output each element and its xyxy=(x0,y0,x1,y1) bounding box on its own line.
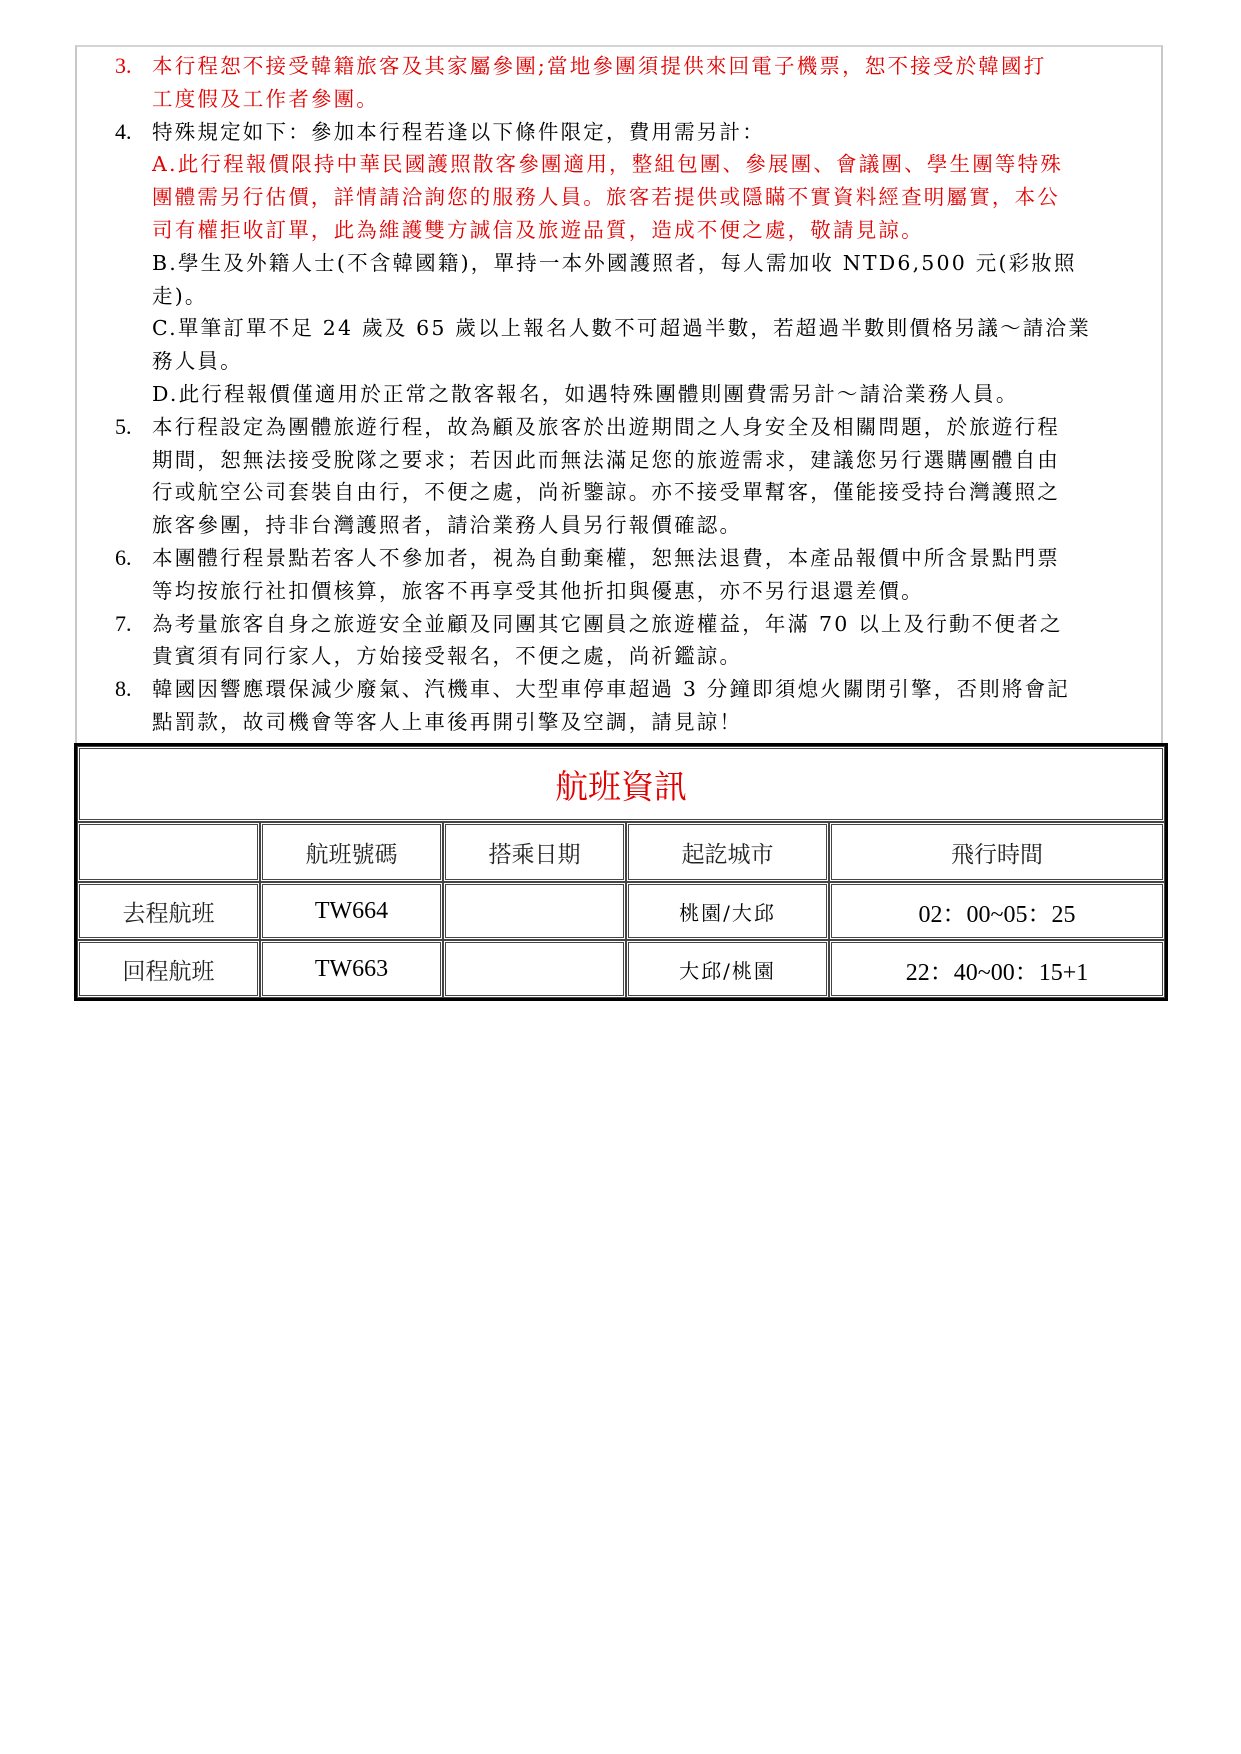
note-number: 6. xyxy=(115,542,132,575)
note-line: 本團體行程景點若客人不參加者，視為自動棄權，恕無法退費，本產品報價中所含景點門票 xyxy=(152,542,1155,575)
row-label: 回程航班 xyxy=(77,940,260,998)
flight-route: 桃園/大邱 xyxy=(626,882,829,940)
note-8: 8. 韓國因響應環保減少廢氣、汽機車、大型車停車超過 3 分鐘即須熄火關閉引擎，… xyxy=(115,673,1155,739)
note-line: 本行程恕不接受韓籍旅客及其家屬參團;當地參團須提供來回電子機票，恕不接受於韓國打 xyxy=(152,50,1155,83)
header-blank xyxy=(77,822,260,882)
table-row: 回程航班 TW663 大邱/桃園 22：40~00：15+1 xyxy=(77,940,1165,998)
note-line: A.此行程報價限持中華民國護照散客參團適用，整組包團、參展團、會議團、學生團等特… xyxy=(152,148,1155,181)
note-line: 司有權拒收訂單，此為維護雙方誠信及旅遊品質，造成不便之處，敬請見諒。 xyxy=(152,214,1155,247)
note-line: D.此行程報價僅適用於正常之散客報名，如遇特殊團體則團費需另計～請洽業務人員。 xyxy=(152,378,1155,411)
note-5: 5. 本行程設定為團體旅遊行程，故為顧及旅客於出遊期間之人身安全及相關問題，於旅… xyxy=(115,411,1155,542)
note-4-item-b: B.學生及外籍人士(不含韓國籍)，單持一本外國護照者，每人需加收 NTD6,50… xyxy=(152,247,1155,313)
note-line: B.學生及外籍人士(不含韓國籍)，單持一本外國護照者，每人需加收 NTD6,50… xyxy=(152,247,1155,280)
note-7: 7. 為考量旅客自身之旅遊安全並顧及同團其它團員之旅遊權益，年滿 70 以上及行… xyxy=(115,608,1155,674)
note-number: 7. xyxy=(115,608,132,641)
header-flight-time: 飛行時間 xyxy=(829,822,1165,882)
header-date: 搭乘日期 xyxy=(443,822,626,882)
flight-date xyxy=(443,882,626,940)
note-intro: 特殊規定如下：參加本行程若逢以下條件限定，費用需另計： xyxy=(152,116,1155,149)
note-4: 4. 特殊規定如下：參加本行程若逢以下條件限定，費用需另計： A.此行程報價限持… xyxy=(115,116,1155,411)
flight-time: 22：40~00：15+1 xyxy=(829,940,1165,998)
note-line: 本行程設定為團體旅遊行程，故為顧及旅客於出遊期間之人身安全及相關問題，於旅遊行程 xyxy=(152,411,1155,444)
note-3: 3. 本行程恕不接受韓籍旅客及其家屬參團;當地參團須提供來回電子機票，恕不接受於… xyxy=(115,50,1155,116)
flight-info-table: 航班資訊 航班號碼 搭乘日期 起訖城市 飛行時間 去程航班 TW664 桃園/大… xyxy=(74,743,1168,1001)
note-line: 走)。 xyxy=(152,280,1155,313)
note-number: 8. xyxy=(115,673,132,706)
note-line: C.單筆訂單不足 24 歲及 65 歲以上報名人數不可超過半數，若超過半數則價格… xyxy=(152,312,1155,345)
travel-notes-box: 3. 本行程恕不接受韓籍旅客及其家屬參團;當地參團須提供來回電子機票，恕不接受於… xyxy=(75,45,1163,743)
note-4-item-d: D.此行程報價僅適用於正常之散客報名，如遇特殊團體則團費需另計～請洽業務人員。 xyxy=(152,378,1155,411)
note-line: 期間，恕無法接受脫隊之要求；若因此而無法滿足您的旅遊需求，建議您另行選購團體自由 xyxy=(152,444,1155,477)
note-number: 3. xyxy=(115,50,132,83)
flight-number: TW664 xyxy=(260,882,443,940)
note-line: 貴賓須有同行家人，方始接受報名，不便之處，尚祈鑑諒。 xyxy=(152,640,1155,673)
header-flight-number: 航班號碼 xyxy=(260,822,443,882)
note-line: 點罰款，故司機會等客人上車後再開引擎及空調，請見諒！ xyxy=(152,706,1155,739)
table-title-row: 航班資訊 xyxy=(77,746,1165,822)
note-line: 韓國因響應環保減少廢氣、汽機車、大型車停車超過 3 分鐘即須熄火關閉引擎，否則將… xyxy=(152,673,1155,706)
note-4-item-c: C.單筆訂單不足 24 歲及 65 歲以上報名人數不可超過半數，若超過半數則價格… xyxy=(152,312,1155,378)
table-header-row: 航班號碼 搭乘日期 起訖城市 飛行時間 xyxy=(77,822,1165,882)
note-line: 行或航空公司套裝自由行，不便之處，尚祈鑒諒。亦不接受單幫客，僅能接受持台灣護照之 xyxy=(152,476,1155,509)
note-number: 5. xyxy=(115,411,132,444)
travel-notes-list: 3. 本行程恕不接受韓籍旅客及其家屬參團;當地參團須提供來回電子機票，恕不接受於… xyxy=(115,50,1155,739)
table-row: 去程航班 TW664 桃園/大邱 02：00~05：25 xyxy=(77,882,1165,940)
note-line: 等均按旅行社扣價核算，旅客不再享受其他折扣與優惠，亦不另行退還差價。 xyxy=(152,575,1155,608)
note-4-item-a: A.此行程報價限持中華民國護照散客參團適用，整組包團、參展團、會議團、學生團等特… xyxy=(152,148,1155,246)
flight-info-title: 航班資訊 xyxy=(77,746,1165,822)
note-number: 4. xyxy=(115,116,132,149)
note-line: 務人員。 xyxy=(152,345,1155,378)
flight-date xyxy=(443,940,626,998)
row-label: 去程航班 xyxy=(77,882,260,940)
note-line: 工度假及工作者參團。 xyxy=(152,83,1155,116)
note-line: 旅客參團，持非台灣護照者，請洽業務人員另行報價確認。 xyxy=(152,509,1155,542)
note-6: 6. 本團體行程景點若客人不參加者，視為自動棄權，恕無法退費，本產品報價中所含景… xyxy=(115,542,1155,608)
flight-time: 02：00~05：25 xyxy=(829,882,1165,940)
header-route: 起訖城市 xyxy=(626,822,829,882)
flight-number: TW663 xyxy=(260,940,443,998)
note-line: 為考量旅客自身之旅遊安全並顧及同團其它團員之旅遊權益，年滿 70 以上及行動不便… xyxy=(152,608,1155,641)
note-line: 團體需另行估價，詳情請洽詢您的服務人員。旅客若提供或隱瞞不實資料經查明屬實，本公 xyxy=(152,181,1155,214)
flight-route: 大邱/桃園 xyxy=(626,940,829,998)
